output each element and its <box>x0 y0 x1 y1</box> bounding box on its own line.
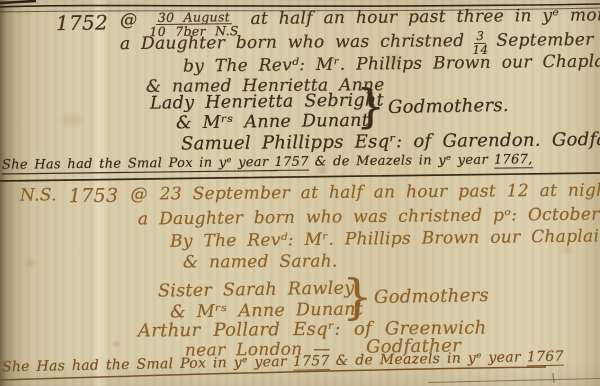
entry-1753-health-note: She Has had the Smal Pox in yᵉ year 1757… <box>2 350 564 377</box>
next-entry-rule-fragment <box>428 379 600 383</box>
entry-1753-godmothers-label: Godmothers <box>374 286 489 308</box>
entry-1752-note-pre: She Has had the Smal Pox in yᵉ year <box>2 156 269 173</box>
entry-1752-smallpox-year: 1757 <box>274 156 308 172</box>
entry-1752-godmothers-brace: } <box>356 86 386 127</box>
entry-1752-note-mid: & de Meazels in yᵉ year <box>315 154 488 170</box>
entry-1752-year: 1752 <box>56 12 108 35</box>
entry-1752-time-text: at half an hour past three in yᵉ morning <box>250 6 600 29</box>
entry-1752-measles-year: 1767, <box>494 153 533 169</box>
entry-1753-smallpox-year: 1757 <box>293 354 330 371</box>
entry-1752-godmother-2: & Mʳˢ Anne Dunant <box>176 112 369 134</box>
entry-1753-style-prefix: N.S. <box>20 186 57 205</box>
entry-1753-minister-line: By The Revᵈ: Mʳ. Phillips Brown our Chap… <box>170 227 600 251</box>
entry-1752-minister-line: by The Revᵈ: Mʳ. Phillips Brown our Chap… <box>183 52 600 76</box>
entry-1752-at-symbol: @ <box>120 11 138 30</box>
entry-1753-note-mid: & de Meazels in yᵉ year <box>336 350 521 369</box>
entry-1753-date-line: N.S. 1753 @ 23 September at half an hour… <box>20 181 600 207</box>
manuscript-register-page: 1752 @ 30 August 10 7ber N.S at half an … <box>0 0 600 386</box>
entry-1753-at-symbol: @ <box>130 185 147 204</box>
entry-1753-godmother-1: Sister Sarah Rawley <box>158 279 355 301</box>
entry-1752-health-note: She Has had the Smal Pox in yᵉ year 1757… <box>2 153 533 174</box>
entry-1753-measles-year: 1767 <box>527 350 564 367</box>
next-entry-rule-tick <box>553 373 554 383</box>
entry-divider-rule <box>0 173 600 181</box>
entry-1753-year: 1753 <box>69 186 119 207</box>
entry-1753-note-pre: She Has had the Smal Pox in yᵉ year <box>2 355 287 376</box>
entry-1753-named-line: & named Sarah. <box>183 252 338 272</box>
entry-1752-godfather-line: Samuel Phillipps Esqʳ: of Garendon. Godf… <box>181 130 600 155</box>
entry-1752-christen-day-os: 3 <box>474 30 486 44</box>
page-top-edge-fragment <box>0 1 36 3</box>
entry-1752-birth-text: a Daughter born who was christned <box>120 32 465 54</box>
entry-1752-godmothers-label: Godmothers. <box>388 96 509 118</box>
entry-1753-godmothers-brace: } <box>342 276 373 319</box>
entry-1752-christen-month: September <box>496 31 594 51</box>
entry-1753-date-text: 23 September at half an hour past 12 at … <box>160 181 600 204</box>
entry-1753-birth-line: a Daughter born who was christned pᵒ: Oc… <box>138 206 600 230</box>
